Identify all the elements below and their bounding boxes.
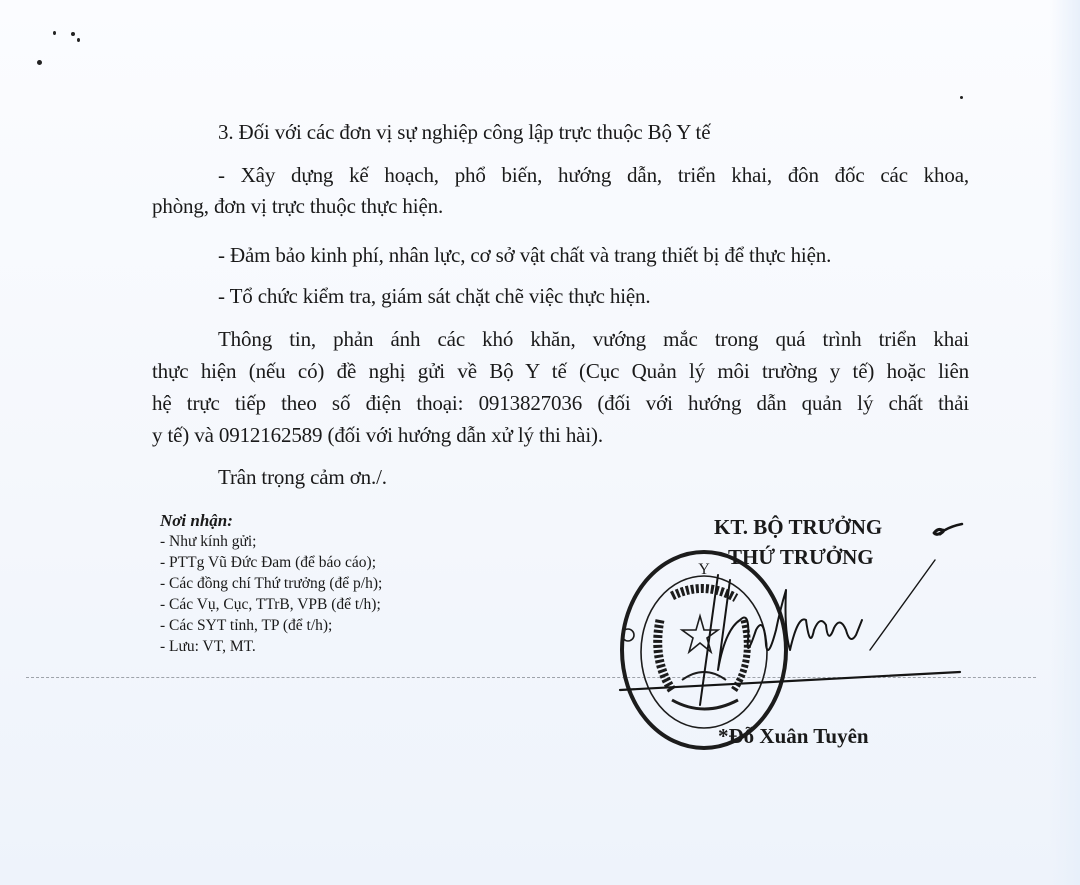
bullet-plan-line1: - Xây dựng kế hoạch, phổ biến, hướng dẫn… [218, 160, 969, 190]
scan-speck [37, 60, 42, 65]
recipient-item: - Các SYT tỉnh, TP (để t/h); [160, 615, 382, 636]
signer-role-line2: THỨ TRƯỞNG [728, 542, 874, 572]
closing-line: Trân trọng cảm ơn./. [218, 462, 387, 492]
recipient-item: - PTTg Vũ Đức Đam (để báo cáo); [160, 552, 382, 573]
contact-line4: y tế) và 0912162589 (đối với hướng dẫn x… [152, 420, 603, 450]
recipients-title: Nơi nhận: [160, 510, 382, 531]
signer-role-line1: KT. BỘ TRƯỞNG [714, 512, 882, 542]
recipient-item: - Các Vụ, Cục, TTrB, VPB (để t/h); [160, 594, 382, 615]
bullet-funding: - Đảm bảo kinh phí, nhân lực, cơ sở vật … [218, 240, 831, 270]
contact-line1: Thông tin, phản ánh các khó khăn, vướng … [218, 324, 969, 354]
recipient-item: - Lưu: VT, MT. [160, 636, 382, 657]
scan-speck [71, 32, 75, 36]
recipient-item: - Các đồng chí Thứ trưởng (để p/h); [160, 573, 382, 594]
contact-line2: thực hiện (nếu có) đề nghị gửi về Bộ Y t… [152, 356, 969, 386]
bullet-inspection: - Tổ chức kiểm tra, giám sát chặt chẽ vi… [218, 281, 651, 311]
scan-speck [53, 31, 56, 35]
section-heading: 3. Đối với các đơn vị sự nghiệp công lập… [218, 117, 710, 147]
scan-edge-shading [1050, 0, 1080, 885]
contact-line3: hệ trực tiếp theo số điện thoại: 0913827… [152, 388, 969, 418]
recipient-item: - Như kính gửi; [160, 531, 382, 552]
recipients-block: Nơi nhận: - Như kính gửi; - PTTg Vũ Đức … [160, 510, 382, 657]
document-page: 3. Đối với các đơn vị sự nghiệp công lập… [0, 0, 1080, 885]
scan-speck [77, 38, 80, 42]
bullet-plan-line2: phòng, đơn vị trực thuộc thực hiện. [152, 191, 443, 221]
scan-speck [960, 96, 963, 99]
signer-name: *Đỗ Xuân Tuyên [718, 724, 869, 749]
